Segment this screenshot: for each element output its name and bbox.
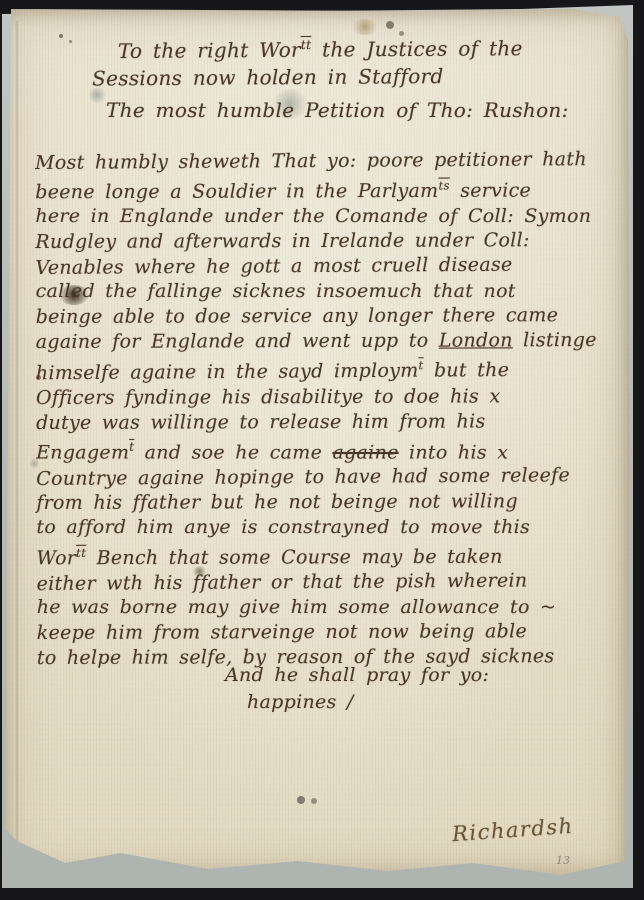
manuscript-line: Wortt Bench that some Course may be take…: [36, 539, 597, 571]
manuscript-line: from his ffather but he not beinge not w…: [36, 489, 597, 516]
manuscript-line: keepe him from starveinge not now being …: [37, 619, 598, 646]
folio-number: 13: [556, 854, 570, 867]
address-heading: To the right Wortt the Justices of theSe…: [92, 29, 523, 92]
manuscript-line: here in Englande under the Comande of Co…: [35, 204, 596, 229]
petition-body: Most humbly sheweth That yo: poore petit…: [35, 148, 598, 671]
stain-spot: [386, 21, 394, 29]
manuscript-line: happines /: [247, 689, 489, 716]
petition-title: The most humble Petition of Tho: Rushon:: [106, 98, 569, 122]
stain-spot: [297, 796, 305, 804]
manuscript-line: Rudgley and afterwards in Irelande under…: [35, 228, 596, 255]
manuscript-line: And he shall pray for yo:: [225, 662, 489, 689]
manuscript-line: either wth his ffather or that the pish …: [37, 568, 598, 597]
manuscript-line: beene longe a Souldier in the Parlyamts …: [35, 173, 596, 205]
manuscript-line: Engagemt and soe he came againe into his…: [36, 435, 597, 465]
closing-prayer: And he shall pray for yo:happines /: [225, 662, 489, 716]
manuscript-line: Officers fyndinge his disabilitye to doe…: [36, 384, 597, 411]
manuscript-line: dutye was willinge to release him from h…: [36, 409, 597, 436]
manuscript-line: beinge able to doe service any longer th…: [36, 303, 597, 330]
manuscript-line: himselfe againe in the sayd imploymt but…: [36, 352, 597, 386]
manuscript-line: he was borne may give him some allowance…: [37, 595, 598, 620]
stain-spot: [69, 40, 72, 43]
manuscript-line: againe for Englande and went upp to Lond…: [36, 328, 597, 355]
manuscript-line: Countrye againe hopinge to have had some…: [36, 463, 597, 492]
manuscript-line: to afford him anye is constrayned to mov…: [36, 515, 597, 540]
manuscript-line: To the right Wortt the Justices of the: [118, 29, 523, 64]
manuscript-line: Most humbly sheweth That yo: poore petit…: [35, 147, 596, 176]
manuscript-line: called the fallinge sicknes insoemuch th…: [36, 279, 597, 304]
stain-spot: [59, 34, 63, 38]
stain-spot: [311, 798, 317, 804]
fold-crease: [16, 21, 18, 847]
manuscript-line: Venables where he gott a most cruell dis…: [35, 252, 596, 281]
manuscript-line: Sessions now holden in Stafford: [92, 62, 523, 92]
